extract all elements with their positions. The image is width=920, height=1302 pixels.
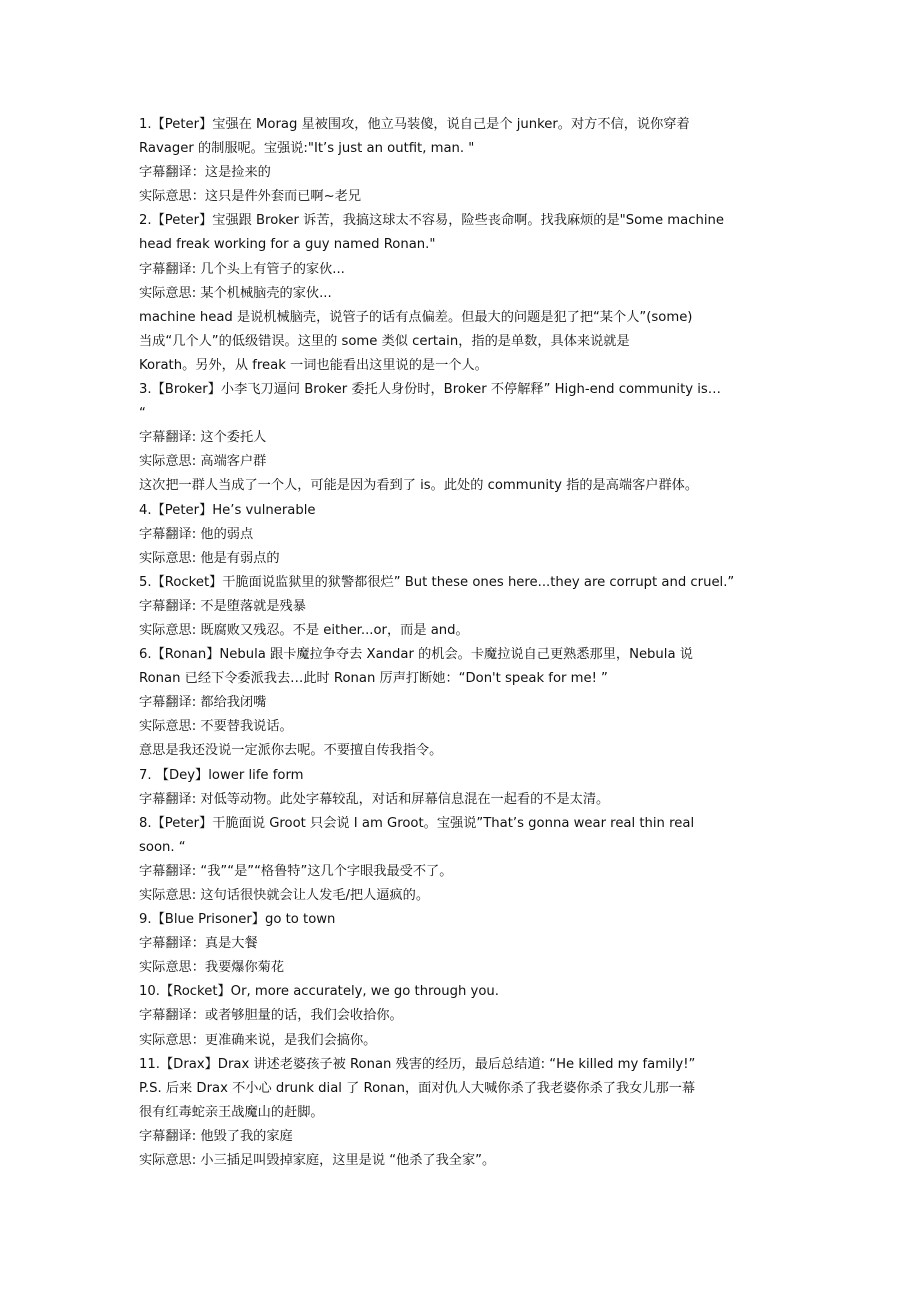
actual-meaning: 实际意思: 他是有弱点的 — [139, 547, 789, 571]
entry-heading: 4.【Peter】He’s vulnerable — [139, 499, 789, 523]
entry-heading: 10.【Rocket】Or, more accurately, we go th… — [139, 980, 789, 1004]
subtitle-translation: 字幕翻译: 几个头上有管子的家伙... — [139, 258, 789, 282]
entry-8: 8.【Peter】干脆面说 Groot 只会说 I am Groot。宝强说”T… — [139, 812, 789, 908]
entry-heading: 11.【Drax】Drax 讲述老婆孩子被 Ronan 残害的经历，最后总结道:… — [139, 1053, 789, 1077]
entry-heading: 1.【Peter】宝强在 Morag 星被围攻，他立马装傻，说自己是个 junk… — [139, 113, 789, 137]
subtitle-translation: 字幕翻译: “我”“是”“格鲁特”这几个字眼我最受不了。 — [139, 860, 789, 884]
explanation: 这次把一群人当成了一个人，可能是因为看到了 is。此处的 community 指… — [139, 474, 789, 498]
subtitle-translation: 字幕翻译：这是捡来的 — [139, 161, 789, 185]
entry-heading: 7. 【Dey】lower life form — [139, 764, 789, 788]
entry-heading: 8.【Peter】干脆面说 Groot 只会说 I am Groot。宝强说”T… — [139, 812, 789, 836]
document-page: 1.【Peter】宝强在 Morag 星被围攻，他立马装傻，说自己是个 junk… — [139, 113, 789, 1173]
entry-heading: 3.【Broker】小李飞刀逼问 Broker 委托人身份时，Broker 不停… — [139, 378, 789, 402]
actual-meaning: 实际意思: 某个机械脑壳的家伙... — [139, 282, 789, 306]
explanation: 当成“几个人”的低级错误。这里的 some 类似 certain，指的是单数，具… — [139, 330, 789, 354]
entry-text: Ravager 的制服呢。宝强说:"It’s just an outfit, m… — [139, 137, 789, 161]
actual-meaning: 实际意思：这只是件外套而已啊~老兄 — [139, 185, 789, 209]
entry-1: 1.【Peter】宝强在 Morag 星被围攻，他立马装傻，说自己是个 junk… — [139, 113, 789, 209]
subtitle-translation: 字幕翻译：或者够胆量的话，我们会收拾你。 — [139, 1004, 789, 1028]
subtitle-translation: 字幕翻译: 这个委托人 — [139, 426, 789, 450]
entry-9: 9.【Blue Prisoner】go to town 字幕翻译：真是大餐 实际… — [139, 908, 789, 980]
actual-meaning: 实际意思: 既腐败又残忍。不是 either...or，而是 and。 — [139, 619, 789, 643]
entry-text: P.S. 后来 Drax 不小心 drunk dial 了 Ronan，面对仇人… — [139, 1077, 789, 1101]
actual-meaning: 实际意思: 高端客户群 — [139, 450, 789, 474]
actual-meaning: 实际意思：我要爆你菊花 — [139, 956, 789, 980]
actual-meaning: 实际意思：更准确来说，是我们会搞你。 — [139, 1029, 789, 1053]
actual-meaning: 实际意思: 不要替我说话。 — [139, 715, 789, 739]
explanation: 意思是我还没说一定派你去呢。不要擅自传我指令。 — [139, 739, 789, 763]
subtitle-translation: 字幕翻译: 不是堕落就是残暴 — [139, 595, 789, 619]
subtitle-translation: 字幕翻译: 他的弱点 — [139, 523, 789, 547]
subtitle-translation: 字幕翻译：真是大餐 — [139, 932, 789, 956]
entry-text: head freak working for a guy named Ronan… — [139, 233, 789, 257]
subtitle-translation: 字幕翻译: 对低等动物。此处字幕较乱，对话和屏幕信息混在一起看的不是太清。 — [139, 788, 789, 812]
entry-11: 11.【Drax】Drax 讲述老婆孩子被 Ronan 残害的经历，最后总结道:… — [139, 1053, 789, 1173]
entry-4: 4.【Peter】He’s vulnerable 字幕翻译: 他的弱点 实际意思… — [139, 499, 789, 571]
subtitle-translation: 字幕翻译: 他毁了我的家庭 — [139, 1125, 789, 1149]
entry-heading: 6.【Ronan】Nebula 跟卡魔拉争夺去 Xandar 的机会。卡魔拉说自… — [139, 643, 789, 667]
entry-7: 7. 【Dey】lower life form 字幕翻译: 对低等动物。此处字幕… — [139, 764, 789, 812]
entry-heading: 5.【Rocket】干脆面说监狱里的狱警都很烂” But these ones … — [139, 571, 789, 595]
entry-text: “ — [139, 402, 789, 426]
subtitle-translation: 字幕翻译: 都给我闭嘴 — [139, 691, 789, 715]
entry-text: soon. “ — [139, 836, 789, 860]
entry-heading: 2.【Peter】宝强跟 Broker 诉苦，我搞这球太不容易，险些丧命啊。找我… — [139, 209, 789, 233]
actual-meaning: 实际意思: 小三插足叫毁掉家庭，这里是说 “他杀了我全家”。 — [139, 1149, 789, 1173]
entry-6: 6.【Ronan】Nebula 跟卡魔拉争夺去 Xandar 的机会。卡魔拉说自… — [139, 643, 789, 763]
entry-2: 2.【Peter】宝强跟 Broker 诉苦，我搞这球太不容易，险些丧命啊。找我… — [139, 209, 789, 378]
explanation: Korath。另外，从 freak 一词也能看出这里说的是一个人。 — [139, 354, 789, 378]
actual-meaning: 实际意思: 这句话很快就会让人发毛/把人逼疯的。 — [139, 884, 789, 908]
entry-text: Ronan 已经下令委派我去…此时 Ronan 厉声打断她：“Don't spe… — [139, 667, 789, 691]
entry-text: 很有红毒蛇亲王战魔山的赶脚。 — [139, 1101, 789, 1125]
entry-10: 10.【Rocket】Or, more accurately, we go th… — [139, 980, 789, 1052]
entry-5: 5.【Rocket】干脆面说监狱里的狱警都很烂” But these ones … — [139, 571, 789, 643]
entry-3: 3.【Broker】小李飞刀逼问 Broker 委托人身份时，Broker 不停… — [139, 378, 789, 498]
entry-heading: 9.【Blue Prisoner】go to town — [139, 908, 789, 932]
explanation: machine head 是说机械脑壳，说管子的话有点偏差。但最大的问题是犯了把… — [139, 306, 789, 330]
